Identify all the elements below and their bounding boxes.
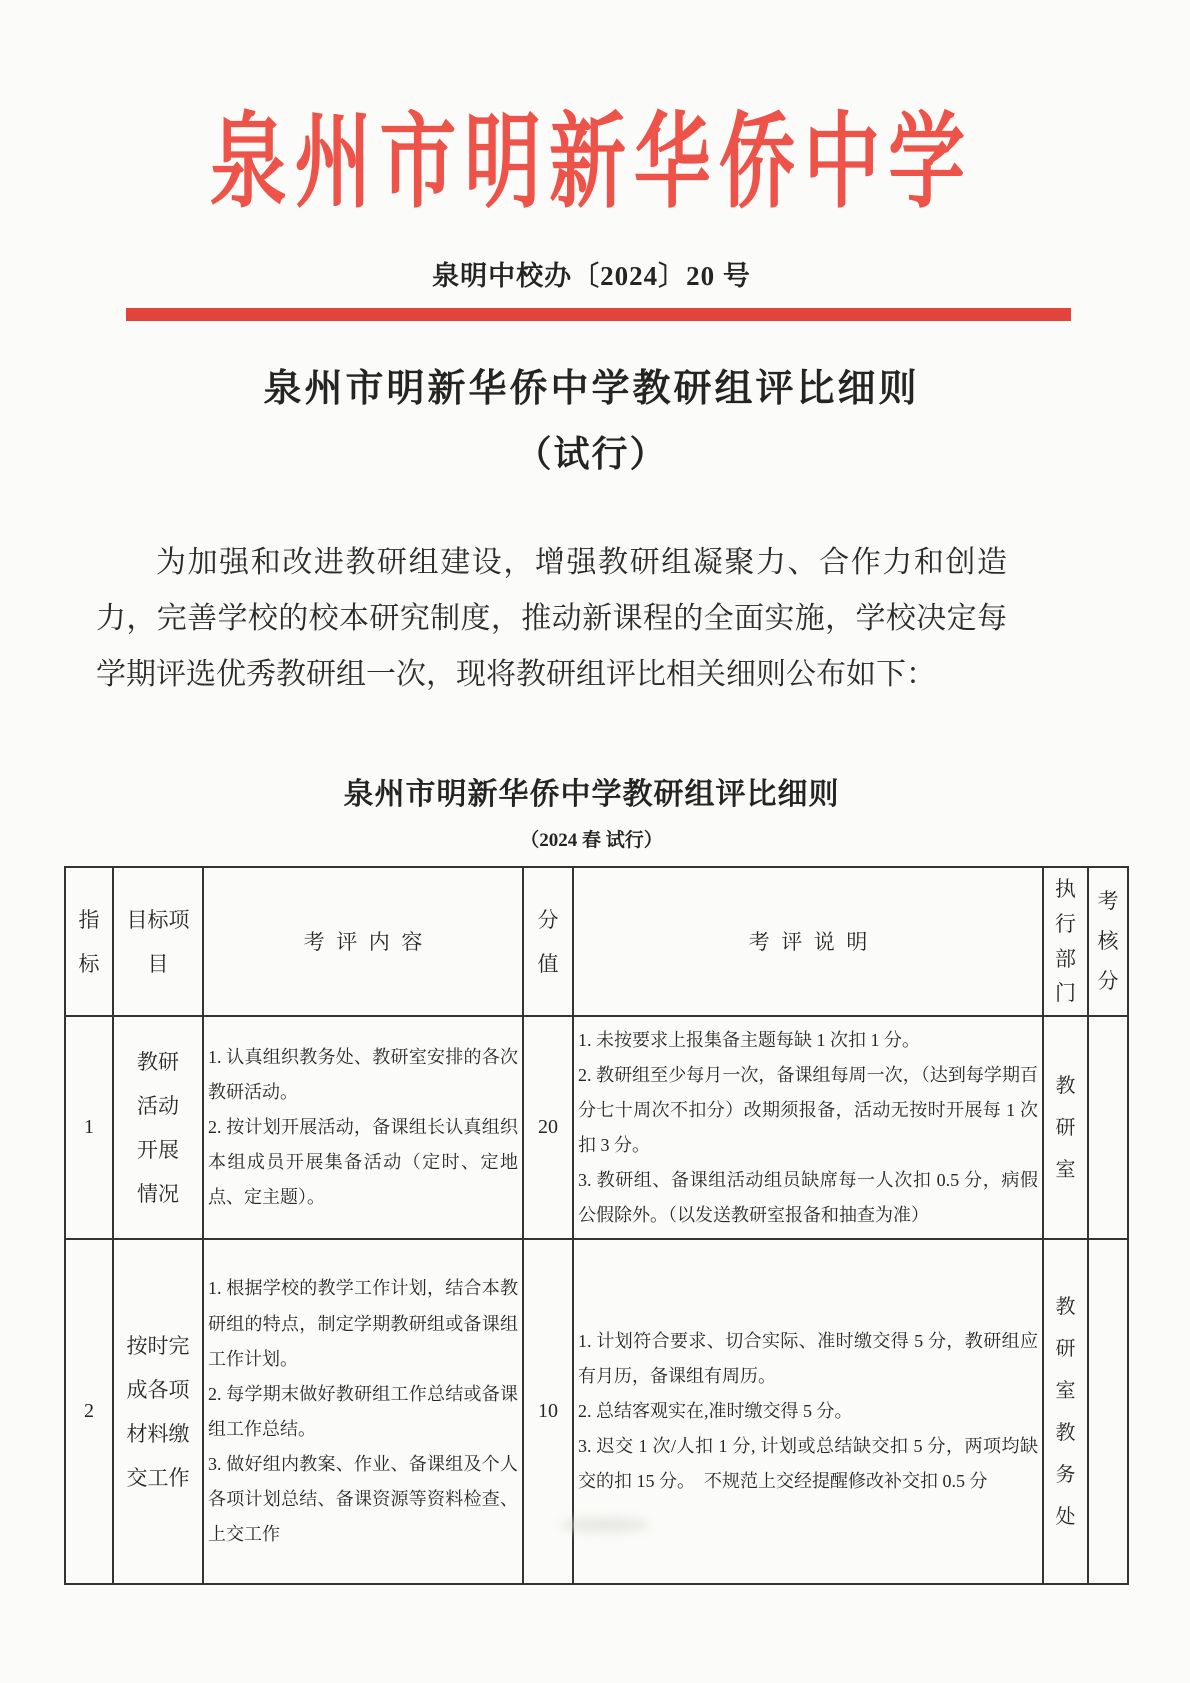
table-subtitle-term: （2024 春 试行） (68, 825, 1115, 852)
row1-mark (1088, 1016, 1128, 1239)
row1-target-item: 教研 活动 开展 情况 (113, 1016, 203, 1239)
row2-department: 教研室教务处 (1043, 1239, 1088, 1584)
row2-notes: 1. 计划符合要求、切合实际、准时缴交得 5 分，教研组应有月历，备课组有周历。… (573, 1239, 1043, 1584)
document-subtitle-trial: （试行） (68, 426, 1115, 477)
row2-target-item: 按时完 成各项 材料缴 交工作 (113, 1239, 203, 1584)
row2-mark (1088, 1239, 1128, 1584)
row1-notes: 1. 未按要求上报集备主题每缺 1 次扣 1 分。 2. 教研组至少每月一次，备… (573, 1016, 1043, 1239)
row2-index: 2 (65, 1239, 113, 1584)
document-number: 泉明中校办〔2024〕20 号 (68, 254, 1115, 293)
intro-paragraph: 为加强和改进教研组建设，增强教研组凝聚力、合作力和创造力，完善学校的校本研究制度… (96, 535, 1007, 703)
column-header-assessment-mark: 考核分 (1088, 867, 1128, 1016)
evaluation-rubric-table: 指标 目标项目 考评内容 分值 考评说明 执行部门 考核分 1 教研 活动 开展… (64, 866, 1129, 1585)
document-title: 泉州市明新华侨中学教研组评比细则 (68, 357, 1115, 412)
column-header-index: 指标 (65, 867, 113, 1016)
row1-score: 20 (523, 1016, 573, 1239)
table-row: 1 教研 活动 开展 情况 1. 认真组织教务处、教研室安排的各次教研活动。 2… (65, 1016, 1128, 1239)
row1-index: 1 (65, 1016, 113, 1239)
table-header-row: 指标 目标项目 考评内容 分值 考评说明 执行部门 考核分 (65, 867, 1128, 1016)
row1-content: 1. 认真组织教务处、教研室安排的各次教研活动。 2. 按计划开展活动，备课组长… (203, 1016, 523, 1239)
column-header-evaluation-content: 考评内容 (203, 867, 523, 1016)
red-divider-rule (126, 308, 1071, 321)
school-letterhead-title: 泉州市明新华侨中学 (173, 93, 1011, 233)
column-header-score-value: 分值 (523, 867, 573, 1016)
row2-score: 10 (523, 1239, 573, 1584)
column-header-target-item: 目标项目 (113, 867, 203, 1016)
row1-department: 教研室 (1043, 1016, 1088, 1239)
document-page: 泉州市明新华侨中学 泉明中校办〔2024〕20 号 泉州市明新华侨中学教研组评比… (0, 0, 1190, 1585)
row2-content: 1. 根据学校的教学工作计划，结合本教研组的特点，制定学期教研组或备课组工作计划… (203, 1239, 523, 1584)
table-title: 泉州市明新华侨中学教研组评比细则 (68, 769, 1115, 813)
column-header-evaluation-notes: 考评说明 (573, 867, 1043, 1016)
column-header-executing-department: 执行部门 (1043, 867, 1088, 1016)
